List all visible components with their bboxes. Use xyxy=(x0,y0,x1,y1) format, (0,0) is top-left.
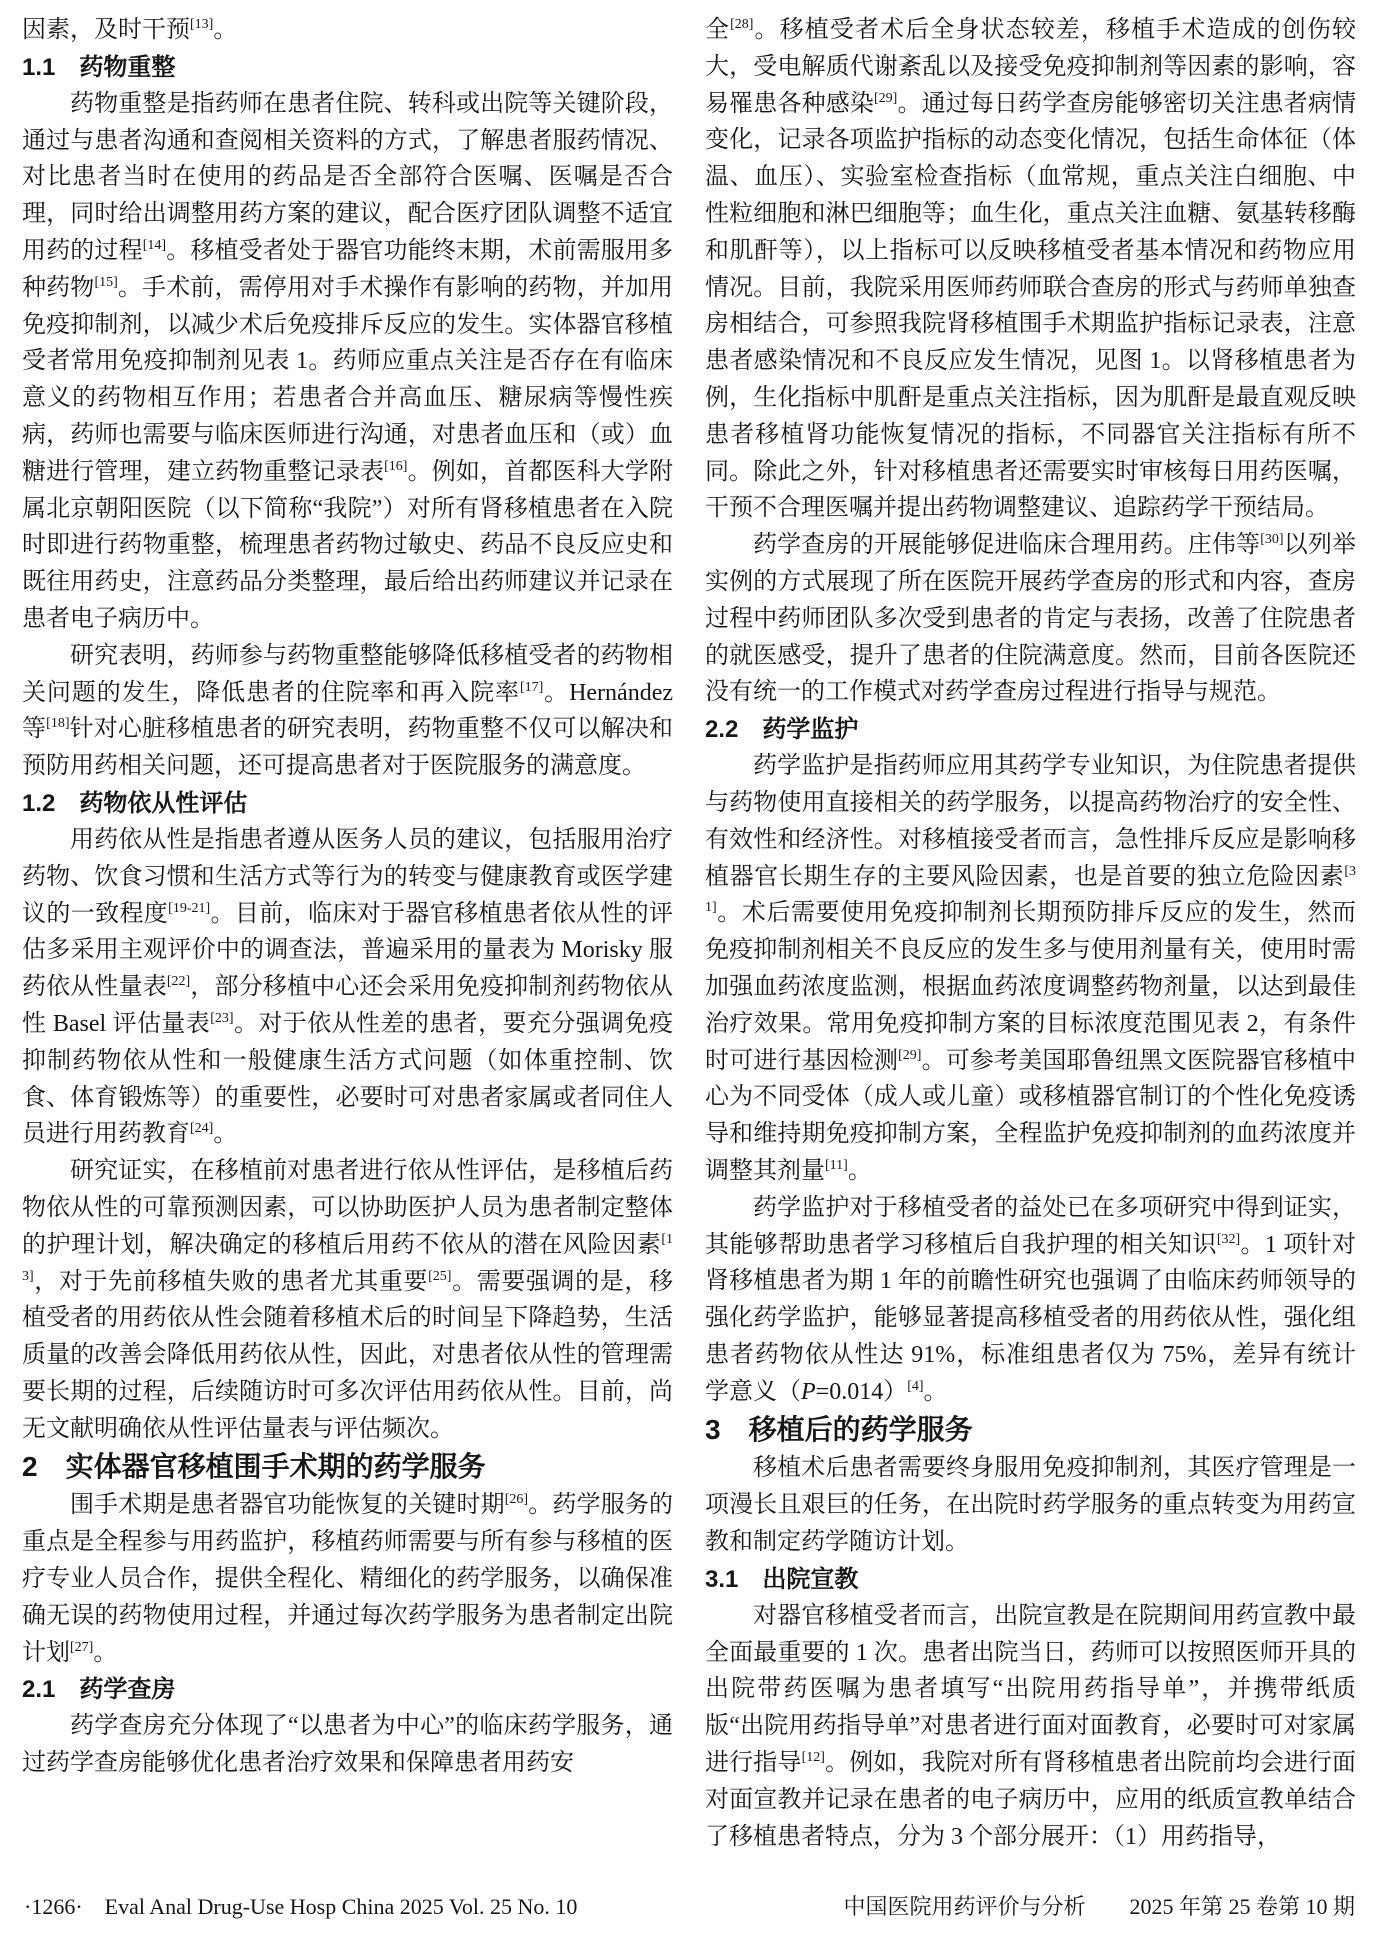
reference-superscript: [15] xyxy=(94,275,117,290)
text-run: =0.014） xyxy=(816,1379,908,1405)
footer-journal-zh: 中国医院用药评价与分析 2025 年第 25 卷第 10 期 xyxy=(843,1892,1355,1922)
paragraph: 研究表明，药师参与药物重整能够降低移植受者的药物相关问题的发生，降低患者的住院率… xyxy=(22,638,673,785)
paragraph: 药学查房充分体现了“以患者为中心”的临床药学服务，通过药学查房能够优化患者治疗效… xyxy=(22,1708,673,1782)
reference-superscript: [23] xyxy=(210,1011,233,1026)
paragraph: 药物重整是指药师在患者住院、转科或出院等关键阶段，通过与患者沟通和查阅相关资料的… xyxy=(22,86,673,638)
text-run: 因素，及时干预 xyxy=(22,17,190,43)
text-run: 。通过每日药学查房能够密切关注患者病情变化，记录各项监护指标的动态变化情况，包括… xyxy=(705,91,1356,522)
text-run: 针对心脏移植患者的研究表明，药物重整不仅可以解决和预防用药相关问题，还可提高患者… xyxy=(22,716,673,779)
section-heading-3: 3 移植后的药学服务 xyxy=(705,1410,1356,1450)
text-run: 药学查房充分体现了“以患者为中心”的临床药学服务，通过药学查房能够优化患者治疗效… xyxy=(22,1713,673,1776)
reference-superscript: [26] xyxy=(505,1492,528,1507)
reference-superscript: [19-21] xyxy=(168,901,210,916)
text-run: 。 xyxy=(213,1121,237,1147)
reference-superscript: [28] xyxy=(730,17,753,32)
section-heading-2: 2 实体器官移植围手术期的药学服务 xyxy=(22,1447,673,1487)
text-run: 。 xyxy=(848,1158,872,1184)
reference-superscript: [22] xyxy=(167,974,190,989)
reference-superscript: [30] xyxy=(1260,532,1283,547)
paragraph: 用药依从性是指患者遵从医务人员的建议，包括服用治疗药物、饮食习惯和生活方式等行为… xyxy=(22,822,673,1153)
reference-superscript: [16] xyxy=(384,459,407,474)
reference-superscript: [13] xyxy=(190,17,213,32)
text-run: 全 xyxy=(705,17,730,43)
text-run: 研究证实，在移植前对患者进行依从性评估，是移植后药物依从性的可靠预测因素，可以协… xyxy=(22,1158,673,1258)
reference-superscript: [27] xyxy=(70,1640,93,1655)
reference-superscript: [4] xyxy=(907,1379,923,1394)
section-heading-3-1: 3.1 出院宣教 xyxy=(705,1561,1356,1598)
reference-superscript: [11] xyxy=(825,1158,848,1173)
paragraph: 移植术后患者需要终身服用免疫抑制剂，其医疗管理是一项漫长且艰巨的任务，在出院时药… xyxy=(705,1450,1356,1560)
reference-superscript: [25] xyxy=(428,1269,451,1284)
text-run: 。 xyxy=(924,1379,948,1405)
reference-superscript: [32] xyxy=(1217,1232,1240,1247)
paragraph: 围手术期是患者器官功能恢复的关键时期[26]。药学服务的重点是全程参与用药监护，… xyxy=(22,1487,673,1671)
paragraph: 药学监护对于移植受者的益处已在多项研究中得到证实，其能够帮助患者学习移植后自我护… xyxy=(705,1190,1356,1411)
paragraph: 全[28]。移植受者术后全身状态较差，移植手术造成的创伤较大，受电解质代谢紊乱以… xyxy=(705,12,1356,527)
journal-page: 因素，及时干预[13]。 1.1 药物重整 药物重整是指药师在患者住院、转科或出… xyxy=(0,0,1375,1940)
text-run: 移植术后患者需要终身服用免疫抑制剂，其医疗管理是一项漫长且艰巨的任务，在出院时药… xyxy=(705,1455,1356,1555)
section-heading-2-1: 2.1 药学查房 xyxy=(22,1671,673,1708)
reference-superscript: [18] xyxy=(46,716,69,731)
reference-superscript: [12] xyxy=(802,1750,825,1765)
two-column-layout: 因素，及时干预[13]。 1.1 药物重整 药物重整是指药师在患者住院、转科或出… xyxy=(22,12,1356,1855)
text-run: 药学监护是指药师应用其药学专业知识，为住院患者提供与药物使用直接相关的药学服务，… xyxy=(705,753,1356,889)
reference-superscript: [29] xyxy=(874,91,897,106)
text-run: 。手术前，需停用对手术操作有影响的药物，并加用免疫抑制剂，以减少术后免疫排斥反应… xyxy=(22,275,673,485)
reference-superscript: [29] xyxy=(898,1048,921,1063)
text-run: P xyxy=(801,1379,816,1405)
right-column: 全[28]。移植受者术后全身状态较差，移植手术造成的创伤较大，受电解质代谢紊乱以… xyxy=(705,12,1356,1855)
paragraph: 因素，及时干预[13]。 xyxy=(22,12,673,49)
text-run: 。 xyxy=(213,17,237,43)
text-run: 围手术期是患者器官功能恢复的关键时期 xyxy=(70,1492,505,1518)
reference-superscript: [17] xyxy=(520,680,543,695)
text-run: ，对于先前移植失败的患者尤其重要 xyxy=(34,1269,428,1295)
reference-superscript: [24] xyxy=(190,1121,213,1136)
section-heading-2-2: 2.2 药学监护 xyxy=(705,711,1356,748)
text-run: 药学查房的开展能够促进临床合理用药。庄伟等 xyxy=(753,532,1260,558)
paragraph: 药学查房的开展能够促进临床合理用药。庄伟等[30]以列举实例的方式展现了所在医院… xyxy=(705,527,1356,711)
paragraph: 药学监护是指药师应用其药学专业知识，为住院患者提供与药物使用直接相关的药学服务，… xyxy=(705,748,1356,1190)
paragraph: 对器官移植受者而言，出院宣教是在院期间用药宣教中最全面最重要的 1 次。患者出院… xyxy=(705,1598,1356,1856)
paragraph: 研究证实，在移植前对患者进行依从性评估，是移植后药物依从性的可靠预测因素，可以协… xyxy=(22,1153,673,1447)
section-heading-1-1: 1.1 药物重整 xyxy=(22,49,673,86)
section-heading-1-2: 1.2 药物依从性评估 xyxy=(22,785,673,822)
reference-superscript: [14] xyxy=(143,238,166,253)
text-run: 。 xyxy=(93,1640,117,1666)
footer-page-number-journal-en: ·1266· Eval Anal Drug-Use Hosp China 202… xyxy=(24,1892,577,1922)
left-column: 因素，及时干预[13]。 1.1 药物重整 药物重整是指药师在患者住院、转科或出… xyxy=(22,12,673,1855)
